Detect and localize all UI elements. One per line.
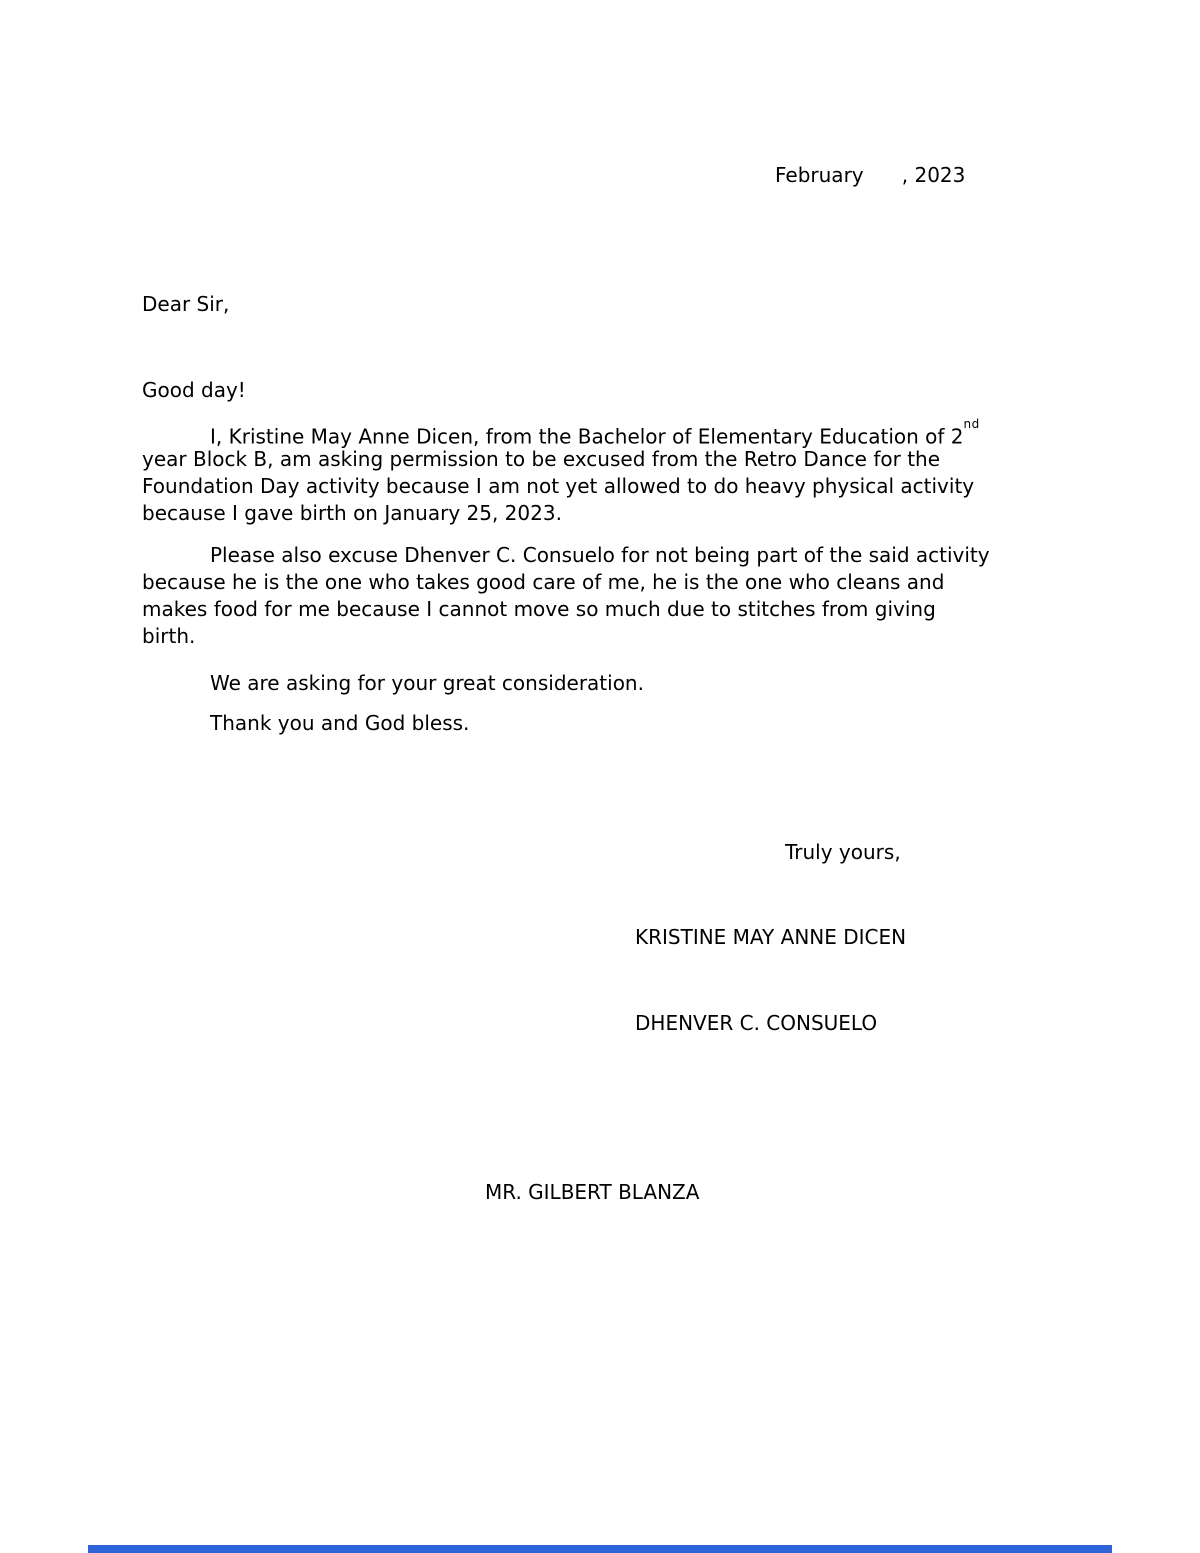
paragraph-1-line-1: I, Kristine May Anne Dicen, from the Bac… [142,419,980,446]
paragraph-2-line-1: Please also excuse Dhenver C. Consuelo f… [142,542,990,569]
paragraph-1: I, Kristine May Anne Dicen, from the Bac… [142,419,980,527]
page-bottom-bar [88,1545,1112,1553]
greeting: Good day! [142,377,246,404]
paragraph-1-line-3: Foundation Day activity because I am not… [142,473,980,500]
paragraph-4: Thank you and God bless. [210,710,469,737]
paragraph-2-line-3: makes food for me because I cannot move … [142,596,990,623]
recipient-name: MR. GILBERT BLANZA [485,1179,699,1206]
paragraph-1-line-2: year Block B, am asking permission to be… [142,446,980,473]
paragraph-3: We are asking for your great considerati… [210,670,644,697]
closing-phrase: Truly yours, [785,839,901,866]
letter-page: February , 2023 Dear Sir, Good day! I, K… [0,0,1200,1553]
salutation: Dear Sir, [142,291,229,318]
paragraph-2-line-4: birth. [142,623,990,650]
ordinal-superscript: nd [964,417,980,431]
paragraph-2-line-2: because he is the one who takes good car… [142,569,990,596]
paragraph-2: Please also excuse Dhenver C. Consuelo f… [142,542,990,650]
signatory-name-1: KRISTINE MAY ANNE DICEN [635,924,906,951]
signatory-name-2: DHENVER C. CONSUELO [635,1010,877,1037]
paragraph-1-line-4: because I gave birth on January 25, 2023… [142,500,980,527]
date-line: February , 2023 [775,162,965,189]
